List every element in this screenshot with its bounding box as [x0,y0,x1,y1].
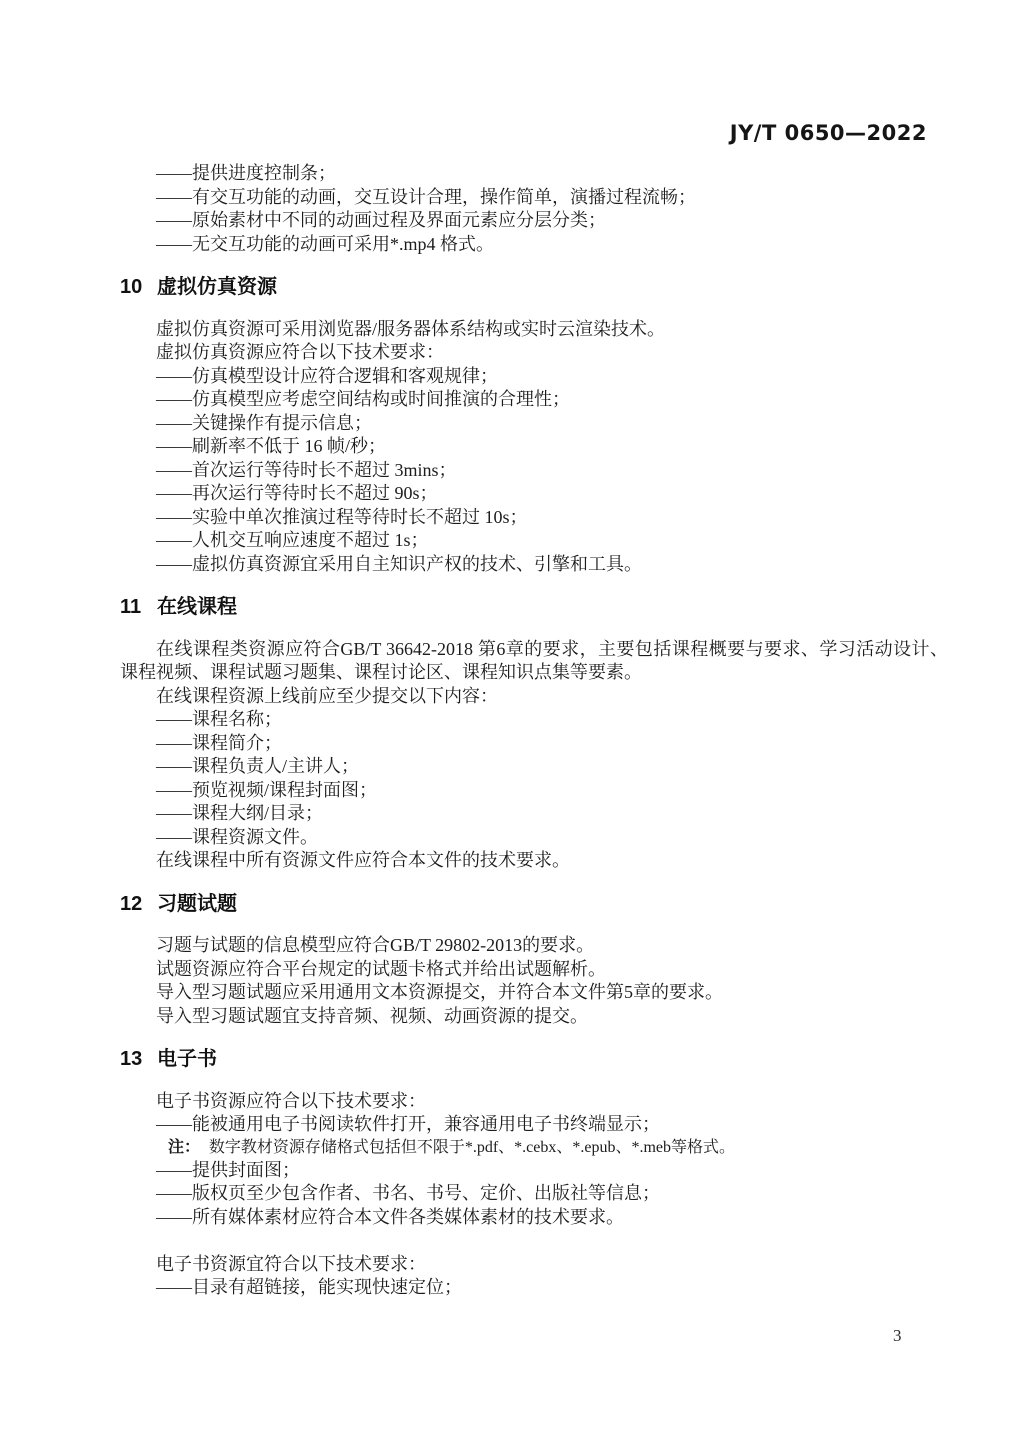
dash-item: ——仿真模型应考虑空间结构或时间推演的合理性； [120,388,948,412]
paragraph-line: 导入型习题试题应采用通用文本资源提交，并符合本文件第5章的要求。 [120,981,948,1005]
note-label: 注： [168,1139,200,1156]
dash-item: ——版权页至少包含作者、书名、书号、定价、出版社等信息； [120,1182,948,1206]
dash-item: ——仿真模型设计应符合逻辑和客观规律； [120,365,948,389]
section-number: 11 [120,596,157,620]
paragraph-line: 虚拟仿真资源应符合以下技术要求： [120,341,948,365]
note-line: 注：数字教材资源存储格式包括但不限于*.pdf、*.cebx、*.epub、*.… [168,1137,948,1159]
section-title: 虚拟仿真资源 [157,276,277,298]
dash-item: ——课程资源文件。 [120,826,948,850]
dash-item: ——再次运行等待时长不超过 90s； [120,482,948,506]
section-number: 13 [120,1048,157,1072]
paragraph-line: 虚拟仿真资源可采用浏览器/服务器体系结构或实时云渲染技术。 [120,318,948,342]
paragraph-line: 试题资源应符合平台规定的试题卡格式并给出试题解析。 [120,958,948,982]
standard-number: JY/T 0650—2022 [730,121,927,145]
dash-item: ——目录有超链接，能实现快速定位； [120,1276,948,1300]
document-page: JY/T 0650—2022 ——提供进度控制条； ——有交互功能的动画，交互设… [0,0,1024,1448]
section-title: 习题试题 [157,893,237,915]
dash-item: ——课程名称； [120,708,948,732]
dash-item: ——虚拟仿真资源宜采用自主知识产权的技术、引擎和工具。 [120,553,948,577]
paragraph: 在线课程类资源应符合GB/T 36642-2018 第6章的要求，主要包括课程概… [120,638,948,685]
section-title: 在线课程 [157,596,237,618]
section-heading-10: 10虚拟仿真资源 [120,276,948,300]
page-number: 3 [893,1326,902,1346]
dash-item: ——无交互功能的动画可采用*.mp4 格式。 [120,233,948,257]
dash-item: ——提供进度控制条； [120,162,948,186]
dash-item: ——课程大纲/目录； [120,802,948,826]
section-number: 10 [120,276,157,300]
paragraph-line: 导入型习题试题宜支持音频、视频、动画资源的提交。 [120,1005,948,1029]
dash-item: ——有交互功能的动画，交互设计合理，操作简单，演播过程流畅； [120,186,948,210]
dash-item: ——所有媒体素材应符合本文件各类媒体素材的技术要求。 [120,1206,948,1230]
dash-item: ——实验中单次推演过程等待时长不超过 10s； [120,506,948,530]
paragraph-line: 电子书资源宜符合以下技术要求： [120,1253,948,1277]
dash-item: ——能被通用电子书阅读软件打开，兼容通用电子书终端显示； [120,1113,948,1137]
dash-item: ——首次运行等待时长不超过 3mins； [120,459,948,483]
paragraph-line: 在线课程中所有资源文件应符合本文件的技术要求。 [120,849,948,873]
dash-item: ——原始素材中不同的动画过程及界面元素应分层分类； [120,209,948,233]
section-number: 12 [120,893,157,917]
dash-item: ——提供封面图； [120,1159,948,1183]
dash-item: ——人机交互响应速度不超过 1s； [120,529,948,553]
paragraph-line: 在线课程资源上线前应至少提交以下内容： [120,685,948,709]
page-content: ——提供进度控制条； ——有交互功能的动画，交互设计合理，操作简单，演播过程流畅… [120,162,948,1300]
dash-item: ——课程简介； [120,732,948,756]
dash-item: ——刷新率不低于 16 帧/秒； [120,435,948,459]
section-heading-12: 12习题试题 [120,893,948,917]
dash-item: ——课程负责人/主讲人； [120,755,948,779]
paragraph-line: 电子书资源应符合以下技术要求： [120,1090,948,1114]
dash-item: ——关键操作有提示信息； [120,412,948,436]
dash-item: ——预览视频/课程封面图； [120,779,948,803]
section-heading-11: 11在线课程 [120,596,948,620]
section-heading-13: 13电子书 [120,1048,948,1072]
section-title: 电子书 [157,1048,217,1070]
paragraph-line: 习题与试题的信息模型应符合GB/T 29802-2013的要求。 [120,934,948,958]
note-text: 数字教材资源存储格式包括但不限于*.pdf、*.cebx、*.epub、*.me… [209,1139,735,1156]
